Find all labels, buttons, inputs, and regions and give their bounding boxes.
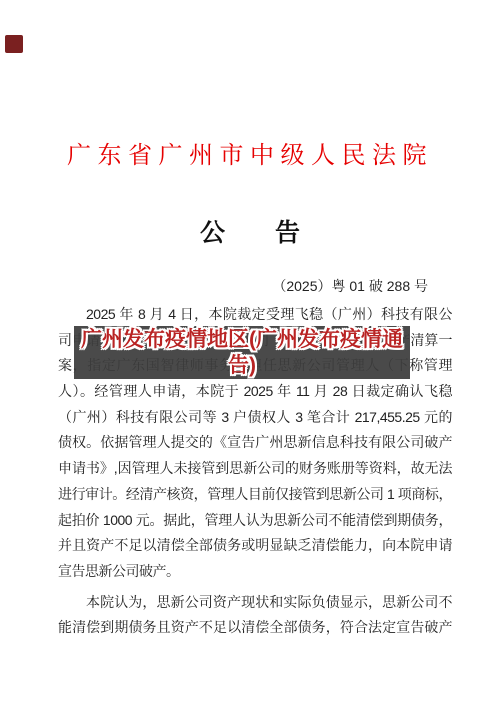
- corner-marker: [5, 35, 23, 53]
- overlay-text-line: 广州发布疫情地区(广州发布疫情通: [74, 327, 410, 353]
- watermark-overlay: 广州发布疫情地区(广州发布疫情通 告): [74, 326, 410, 379]
- body-line: 能清偿到期债务且资产不足以清偿全部债务，符合法定宣告破产: [58, 615, 452, 641]
- case-number: （2025）粤 01 破 288 号: [58, 276, 452, 296]
- body-line: 进行审计。经清产核资，管理人目前仅接管到思新公司 1 项商标，: [58, 482, 452, 508]
- body-line: 宣告思新公司破产。: [58, 559, 452, 585]
- paragraph: 本院认为，思新公司资产现状和实际负债显示，思新公司不 能清偿到期债务且资产不足以…: [58, 590, 452, 641]
- body-line: 2025 年 8 月 4 日，本院裁定受理飞稳（广州）科技有限公: [58, 302, 452, 328]
- body-line: 债权。依据管理人提交的《宣告广州思新信息科技有限公司破产: [58, 430, 452, 456]
- document-page: 广东省广州市中级人民法院 公 告 （2025）粤 01 破 288 号 2025…: [0, 0, 500, 706]
- body-line: 人）。经管理人申请，本院于 2025 年 11 月 28 日裁定确认飞稳: [58, 379, 452, 405]
- court-title: 广东省广州市中级人民法院: [0, 141, 500, 171]
- body-line: 起拍价 1000 元。据此，管理人认为思新公司不能清偿到期债务，: [58, 508, 452, 534]
- overlay-text-line: 告): [74, 353, 410, 379]
- body-line: （广州）科技有限公司等 3 户债权人 3 笔合计 217,455.25 元的: [58, 405, 452, 431]
- body-line: 申请书》,因管理人未接管到思新公司的财务账册等资料，故无法: [58, 456, 452, 482]
- notice-heading: 公 告: [0, 220, 500, 248]
- body-line: 本院认为，思新公司资产现状和实际负债显示，思新公司不: [58, 590, 452, 616]
- body-line: 并且资产不足以清偿全部债务或明显缺乏清偿能力，向本院申请: [58, 533, 452, 559]
